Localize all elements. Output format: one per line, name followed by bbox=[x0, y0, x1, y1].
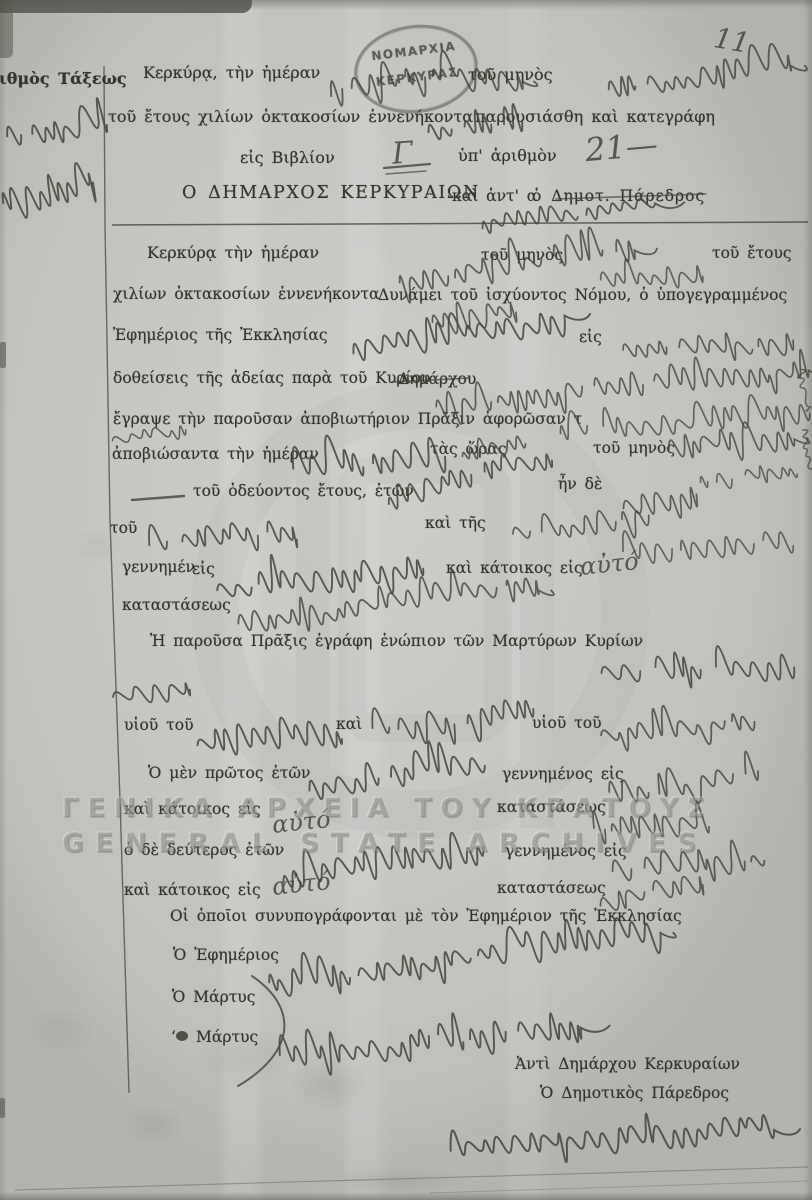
deputy-final-text: Ὁ Δημοτικὸς Πάρεδρος bbox=[540, 1085, 729, 1103]
entry-mother-name bbox=[511, 501, 651, 552]
entry-book-underline-2 bbox=[386, 171, 426, 174]
prefecture-stamp: ΝΟΜΑΡΧΙΑ ΚΕΡΚΥΡΑΣ bbox=[349, 18, 483, 120]
entry-book-underline bbox=[384, 164, 430, 168]
entry-witness1-father bbox=[195, 711, 342, 765]
entry-inde bbox=[622, 487, 699, 526]
dash-left bbox=[132, 496, 184, 500]
act-was-label: ἦν δὲ bbox=[558, 476, 602, 494]
act-born-label: γεννημέν bbox=[122, 559, 195, 577]
witness2-resident-label: καὶ κάτοικος εἰς bbox=[124, 882, 261, 900]
margin-divider-line bbox=[104, 66, 129, 1093]
witness1-age-label: Ὁ μὲν πρῶτος ἐτῶν bbox=[148, 765, 310, 783]
act-month-label: τοῦ μηνὸς bbox=[481, 247, 563, 265]
reg-year-label: τοῦ ἔτους χιλίων ὀκτακοσίων ἐννενήκοντα bbox=[108, 108, 473, 126]
entry-month-registered bbox=[606, 40, 808, 98]
entry-act-number: 21— bbox=[583, 125, 659, 169]
entry-witness1-age bbox=[306, 736, 487, 801]
reg-month-label: τοῦ μηνὸς bbox=[468, 66, 553, 84]
bottom-fold-line-1 bbox=[15, 1167, 808, 1190]
act-status-label: καταστάσεως bbox=[122, 597, 231, 615]
witness-intro: Ἡ παροῦσα Πρᾶξις ἐγράφη ἐνώπιον τῶν Μαρτ… bbox=[150, 633, 643, 651]
act-year-label: χιλίων ὀκτακοσίων ἐννενήκοντα bbox=[113, 286, 379, 304]
act-priest-label: Ἐφημέριος τῆς Ἐκκλησίας bbox=[113, 327, 328, 345]
cosign-text: Οἱ ὁποῖοι συνυπογράφονται μὲ τὸν Ἐφημέρι… bbox=[170, 908, 682, 926]
entry-death-cause bbox=[699, 462, 798, 492]
witness1-born-label: γεννημένος εἰς bbox=[502, 766, 624, 784]
act-mayor-word-struck: Δημάρχου bbox=[398, 371, 476, 389]
act-died-label: ἀποβιώσαντα τὴν ἡμέραν bbox=[112, 446, 319, 464]
entry-witness2-residence: αὐτό bbox=[271, 867, 332, 901]
entry-book-value: Γ bbox=[391, 135, 414, 171]
scan-edge-top-left bbox=[0, 0, 252, 13]
act-year-prefix: τοῦ ἔτους bbox=[712, 245, 792, 263]
witness2-son-of-label: υἱοῦ τοῦ bbox=[532, 715, 602, 733]
scan-edge-left bbox=[0, 0, 7, 1200]
scan-edge-bottom bbox=[0, 1192, 812, 1200]
signature-paredros-final bbox=[449, 1103, 801, 1170]
deputy-title: ὁ Δημοτ. Πάρεδρος bbox=[532, 188, 705, 206]
entry-witness2-name bbox=[370, 692, 536, 753]
watermark-line1: ΓΕΝΙΚΑ ΑΡΧΕΙΑ ΤΟΥ ΚΡΑΤΟΥΣ bbox=[62, 793, 713, 824]
priest-sign-label: Ὁ Ἐφημέριος bbox=[173, 947, 279, 965]
act-current-year-label: τοῦ ὁδεύοντος ἔτους, ἐτῶν bbox=[193, 483, 414, 501]
margin-signature-2 bbox=[0, 161, 97, 222]
scan-edge-right bbox=[803, 0, 812, 1200]
witness2-sign-label: Μάρτυς bbox=[196, 1029, 258, 1047]
act-month-label-2: τοῦ μηνὸς bbox=[593, 440, 675, 458]
witness1-son-of-label: υἱοῦ τοῦ bbox=[124, 717, 194, 735]
ink-blot-martys2 bbox=[176, 1031, 188, 1041]
entry-mother-surname bbox=[621, 514, 794, 571]
margin-signature-1 bbox=[4, 97, 109, 149]
stamp-line1: ΝΟΜΑΡΧΙΑ bbox=[354, 37, 473, 65]
entry-witness1-name-2 bbox=[112, 679, 191, 709]
act-born-eis-label: εἰς bbox=[192, 561, 215, 579]
act-eis-label: εἰς bbox=[579, 329, 602, 347]
edge-nick-2 bbox=[0, 1098, 5, 1118]
entry-residence: αὐτό bbox=[579, 547, 640, 581]
entry-death-month bbox=[667, 416, 811, 468]
witness1-sign-label: Ὁ Μάρτυς bbox=[172, 989, 255, 1007]
anti-mayor-text: Ἀντὶ Δημάρχου Κερκυραίων bbox=[515, 1056, 740, 1074]
act-of-father-label: τοῦ bbox=[110, 520, 137, 538]
reg-number-label: ὑπ' ἀριθμὸν bbox=[458, 147, 557, 165]
stamp-line2: ΚΕΡΚΥΡΑΣ bbox=[358, 63, 477, 91]
scanned-death-act-document: ΝΟΜΑΡΧΙΑ ΚΕΡΚΥΡΑΣ Ἀριθμὸς Τάξεως Κερκύρᾳ… bbox=[0, 0, 812, 1200]
witness2-status-label: καταστάσεως bbox=[497, 880, 606, 898]
watermark-line2: GENERAL STATE ARCHIVES bbox=[62, 828, 708, 859]
order-number-label: Ἀριθμὸς Τάξεως bbox=[0, 70, 127, 88]
reg-book-label: εἰς Βιβλίον bbox=[240, 149, 335, 167]
act-hours-label: τὰς ὥρας bbox=[430, 441, 507, 459]
page-number-value: 11 bbox=[711, 21, 752, 60]
header-separator-line bbox=[112, 222, 808, 225]
entry-birthplace bbox=[214, 539, 425, 611]
act-wrote-text: ἔγραψε τὴν παροῦσαν ἀποβιωτήριον Πρᾶξιν … bbox=[113, 411, 582, 429]
entry-church-place bbox=[622, 324, 794, 375]
witness-and-label: καὶ bbox=[336, 716, 362, 734]
act-permission-text: δοθείσεις τῆς ἀδείας παρὰ τοῦ Κυρίου bbox=[113, 370, 430, 388]
act-place-day-label: Κερκύρᾳ τὴν ἡμέραν bbox=[147, 244, 319, 262]
act-resident-label: καὶ κάτοικος εἰς bbox=[446, 560, 583, 578]
mayor-title: Ο ΔΗΜΑΡΧΟΣ ΚΕΡΚΥΡΑΙΩΝ bbox=[182, 183, 480, 203]
act-law-text: Δυνάμει τοῦ ἰσχύοντος Νόμου, ὁ ὑπογεγραμ… bbox=[378, 287, 787, 305]
entry-church-name bbox=[350, 299, 592, 361]
witness2-sign-quote: ‘ bbox=[171, 1029, 176, 1047]
reg-registered-label: παρουσιάσθη καὶ κατεγράφη bbox=[475, 108, 715, 126]
mayor-title-suffix: καὶ ἀντ' α bbox=[452, 188, 537, 206]
entry-father-name bbox=[147, 507, 298, 565]
edge-nick-1 bbox=[0, 342, 6, 368]
reg-place-day-label: Κερκύρᾳ, τὴν ἡμέραν bbox=[143, 64, 320, 82]
act-and-of-mother-label: καὶ τῆς bbox=[425, 515, 486, 533]
entry-witness2-father bbox=[599, 696, 757, 755]
